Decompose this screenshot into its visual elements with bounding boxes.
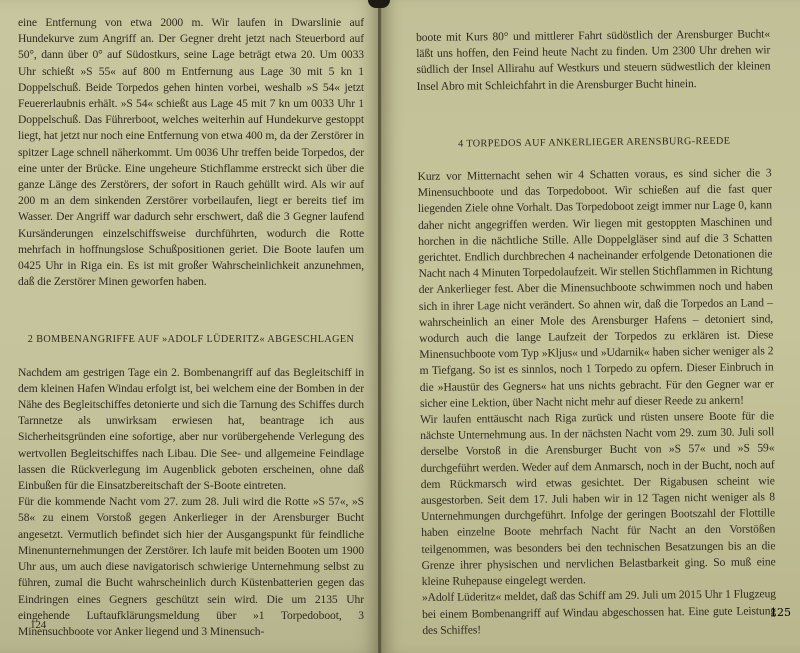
left-page-text: eine Entfernung von etwa 2000 m. Wir lau… [18,15,364,640]
section-heading: 4 TORPEDOS AUF ANKERLIEGER ARENSBURG-REE… [417,133,771,153]
paragraph: eine Entfernung von etwa 2000 m. Wir lau… [18,15,364,290]
left-page: eine Entfernung von etwa 2000 m. Wir lau… [0,0,382,653]
section-heading: 2 BOMBENANGRIFFE AUF »ADOLF LÜDERITZ« AB… [18,332,364,348]
paragraph: Kurz vor Mitternacht sehen wir 4 Schatte… [417,165,774,412]
paragraph: boote mit Kurs 80° und mittlerer Fahrt s… [416,26,771,95]
book-spine [378,0,381,653]
right-page-text: boote mit Kurs 80° und mittlerer Fahrt s… [416,26,776,639]
paragraph: Für die kommende Nacht vom 27. zum 28. J… [18,494,364,640]
page-number: 124 [30,617,46,633]
open-book: eine Entfernung von etwa 2000 m. Wir lau… [0,0,800,653]
right-page: boote mit Kurs 80° und mittlerer Fahrt s… [382,0,800,653]
paragraph: »Adolf Lüderitz« meldet, daß das Schiff … [422,587,776,639]
paragraph: Nachdem am gestrigen Tage ein 2. Bombena… [18,365,364,495]
page-number: 125 [770,606,791,619]
paragraph: Wir laufen enttäuscht nach Riga zurück u… [420,408,776,590]
